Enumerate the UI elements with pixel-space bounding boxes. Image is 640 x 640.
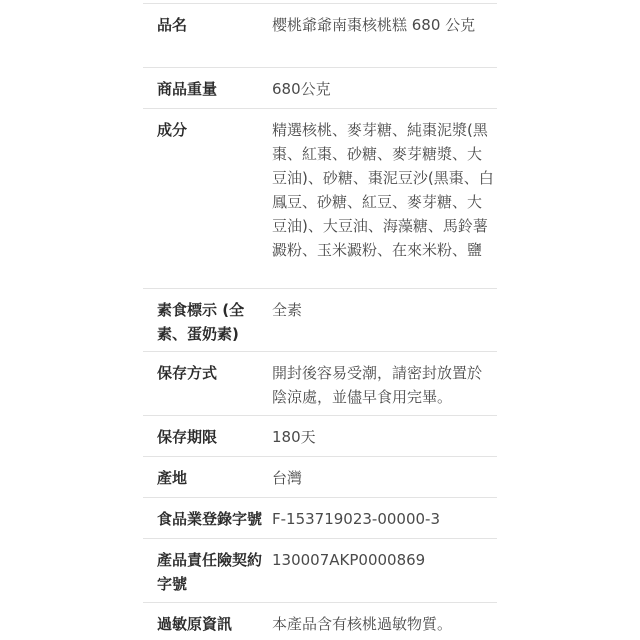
spec-value: 開封後容易受潮，請密封放置於陰涼處，並儘早食用完畢。 [272, 361, 497, 409]
spec-row-shelf-life: 保存期限 180天 [143, 416, 497, 457]
spec-row-ingredients: 成分 精選核桃、麥芽糖、純棗泥漿(黑棗、紅棗、砂糖、麥芽糖漿、大豆油)、砂糖、棗… [143, 109, 497, 289]
spec-label: 產地 [143, 466, 272, 490]
spec-value: 精選核桃、麥芽糖、純棗泥漿(黑棗、紅棗、砂糖、麥芽糖漿、大豆油)、砂糖、棗泥豆沙… [272, 118, 497, 262]
spec-value: 130007AKP0000869 [272, 548, 497, 572]
spec-row-food-registration: 食品業登錄字號 F-153719023-00000-3 [143, 498, 497, 539]
product-spec-table: 品名 樱桃爺爺南棗核桃糕 680 公克 商品重量 680公克 成分 精選核桃、麥… [143, 3, 497, 640]
spec-row-origin: 產地 台灣 [143, 457, 497, 498]
spec-row-liability-insurance: 產品責任險契約字號 130007AKP0000869 [143, 539, 497, 603]
spec-label: 過敏原資訊 [143, 612, 272, 636]
spec-value: 本產品含有核桃過敏物質。 [272, 612, 497, 636]
spec-value: 台灣 [272, 466, 497, 490]
spec-label: 產品責任險契約字號 [143, 548, 272, 596]
spec-label: 成分 [143, 118, 272, 142]
spec-value: F-153719023-00000-3 [272, 507, 497, 531]
spec-label: 商品重量 [143, 77, 272, 101]
spec-value: 樱桃爺爺南棗核桃糕 680 公克 [272, 13, 497, 37]
spec-row-allergen: 過敏原資訊 本產品含有核桃過敏物質。 [143, 603, 497, 640]
spec-value: 680公克 [272, 77, 497, 101]
spec-value: 全素 [272, 298, 497, 322]
spec-label: 食品業登錄字號 [143, 507, 272, 531]
spec-row-vegetarian: 素食標示 (全素、蛋奶素) 全素 [143, 289, 497, 352]
spec-label: 保存期限 [143, 425, 272, 449]
spec-label: 素食標示 (全素、蛋奶素) [143, 298, 272, 346]
spec-row-storage: 保存方式 開封後容易受潮，請密封放置於陰涼處，並儘早食用完畢。 [143, 352, 497, 416]
spec-row-weight: 商品重量 680公克 [143, 68, 497, 109]
spec-row-product-name: 品名 樱桃爺爺南棗核桃糕 680 公克 [143, 4, 497, 68]
spec-value: 180天 [272, 425, 497, 449]
spec-label: 保存方式 [143, 361, 272, 385]
spec-label: 品名 [143, 13, 272, 37]
